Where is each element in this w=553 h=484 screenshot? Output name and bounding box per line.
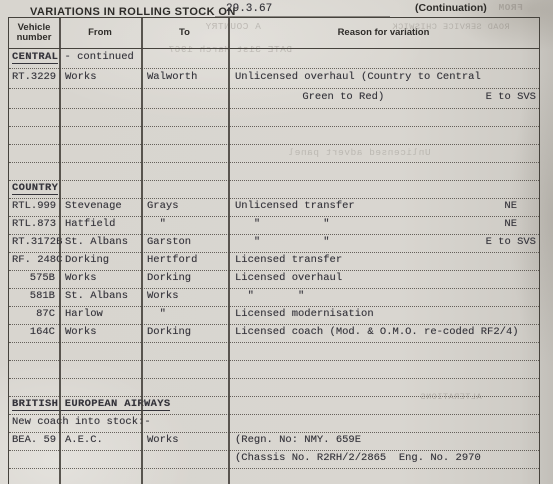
cell-reason: Unlicensed transferNE	[228, 199, 539, 216]
stock-note-text: New coach into stock:-	[9, 415, 539, 432]
header-vehicle-number: Vehicle number	[9, 18, 59, 48]
table-row: 87C Harlow " Licensed modernisation	[9, 307, 539, 325]
table-row-empty	[9, 163, 539, 181]
cell-to	[141, 106, 228, 108]
table-row-empty	[9, 379, 539, 397]
cell-reason: Licensed modernisation	[228, 307, 539, 324]
cell-vehicle: 575B	[9, 271, 59, 288]
table-row-empty	[9, 109, 539, 127]
cell-from: St. Albans	[59, 289, 141, 306]
cell-vehicle: RT.3229	[9, 69, 59, 88]
table-row-empty	[9, 343, 539, 361]
cell-vehicle: RTL.999	[9, 199, 59, 216]
section-heading-text: CENTRAL	[12, 51, 58, 64]
reason-text: Licensed coach (Mod. & O.M.O. re-coded R…	[235, 325, 519, 340]
table-row-continuation: (Chassis No. R2RH/2/2865 Eng. No. 2970	[9, 451, 539, 469]
cell-reason: " "	[228, 289, 539, 306]
reason-text: Unlicensed transfer	[235, 199, 355, 214]
section-heading: CENTRAL - continued	[9, 49, 539, 68]
table-row: BEA. 59 A.E.C. Works (Regn. No: NMY. 659…	[9, 433, 539, 451]
cell-reason: (Chassis No. R2RH/2/2865 Eng. No. 2970	[228, 451, 539, 468]
cell-vehicle	[9, 466, 59, 468]
cell-reason: " "NE	[228, 217, 539, 234]
cell-to	[141, 466, 228, 468]
cell-to: Dorking	[141, 325, 228, 342]
cell-vehicle: RTL.873	[9, 217, 59, 234]
cell-from	[59, 106, 141, 108]
cell-to: Hertford	[141, 253, 228, 270]
cell-reason: Licensed overhaul	[228, 271, 539, 288]
cell-from: St. Albans	[59, 235, 141, 252]
section-heading: COUNTRY	[9, 181, 539, 198]
reason-text: (Regn. No: NMY. 659E	[235, 433, 361, 448]
table-row: 581B St. Albans Works " "	[9, 289, 539, 307]
cell-reason: (Regn. No: NMY. 659E	[228, 433, 539, 450]
column-divider	[228, 18, 230, 484]
reason-note: NE	[504, 217, 539, 232]
cell-to: Works	[141, 433, 228, 450]
cell-from: Works	[59, 271, 141, 288]
section-heading-suffix: - continued	[58, 51, 134, 63]
reason-note: E to SVS	[486, 89, 539, 106]
section-heading: BRITISH EUROPEAN AIRWAYS	[9, 397, 539, 414]
cell-vehicle: 87C	[9, 307, 59, 324]
cell-vehicle: 164C	[9, 325, 59, 342]
table-row-empty	[9, 127, 539, 145]
reason-text: Licensed transfer	[235, 253, 342, 268]
table-row-note-line: New coach into stock:-	[9, 415, 539, 433]
cell-to: Walworth	[141, 69, 228, 88]
table-row-empty	[9, 469, 539, 484]
table-row: RTL.999 Stevenage Grays Unlicensed trans…	[9, 199, 539, 217]
reason-text: Unlicensed overhaul (Country to Central	[235, 69, 481, 86]
reason-text: Green to Red)	[302, 89, 418, 106]
table-row: RT.3229 Works Walworth Unlicensed overha…	[9, 69, 539, 89]
reason-text: Licensed overhaul	[235, 271, 342, 286]
table-row-section: BRITISH EUROPEAN AIRWAYS	[9, 397, 539, 415]
header-from: From	[59, 18, 141, 48]
reason-text: " "	[235, 217, 330, 232]
table-row: 575B Works Dorking Licensed overhaul	[9, 271, 539, 289]
cell-vehicle: RF. 248C	[9, 253, 59, 270]
page-header: VARIATIONS IN ROLLING STOCK ON 29.3.67 (…	[30, 2, 545, 16]
cell-from	[59, 466, 141, 468]
header-reason: Reason for variation	[228, 18, 539, 48]
continuation-label: (Continuation)	[415, 2, 487, 14]
cell-reason: Licensed transfer	[228, 253, 539, 270]
table-row: RTL.873 Hatfield " " "NE	[9, 217, 539, 235]
section-heading-text: COUNTRY	[12, 182, 58, 195]
cell-from: Harlow	[59, 307, 141, 324]
cell-from: Hatfield	[59, 217, 141, 234]
typed-date: 29.3.67	[226, 3, 272, 15]
cell-to: Garston	[141, 235, 228, 252]
table-row-empty	[9, 145, 539, 163]
cell-from: Works	[59, 69, 141, 88]
cell-vehicle	[9, 106, 59, 108]
table-row: RF. 248C Dorking Hertford Licensed trans…	[9, 253, 539, 271]
cell-reason: Green to Red)E to SVS	[228, 89, 539, 108]
header-to: To	[141, 18, 228, 48]
cell-vehicle: 581B	[9, 289, 59, 306]
cell-vehicle: RT.3172B	[9, 235, 59, 252]
cell-from: A.E.C.	[59, 433, 141, 450]
cell-vehicle: BEA. 59	[9, 433, 59, 450]
table-row: 164C Works Dorking Licensed coach (Mod. …	[9, 325, 539, 343]
reason-text: " "	[235, 235, 330, 250]
cell-reason: Licensed coach (Mod. & O.M.O. re-coded R…	[228, 325, 539, 342]
table-row-section: COUNTRY	[9, 181, 539, 199]
table-header-row: Vehicle number From To Reason for variat…	[9, 18, 539, 49]
column-divider	[141, 18, 143, 484]
variations-table: Vehicle number From To Reason for variat…	[8, 17, 540, 484]
cell-to: "	[141, 307, 228, 324]
reason-text: " "	[235, 289, 304, 304]
reason-text: Licensed modernisation	[235, 307, 374, 322]
cell-reason: " "E to SVS	[228, 235, 539, 252]
section-heading-text: BRITISH EUROPEAN AIRWAYS	[12, 398, 170, 411]
cell-from: Works	[59, 325, 141, 342]
table-row-empty	[9, 361, 539, 379]
cell-reason: Unlicensed overhaul (Country to Central	[228, 69, 539, 88]
cell-to: "	[141, 217, 228, 234]
cell-to: Dorking	[141, 271, 228, 288]
table-row-continuation: Green to Red)E to SVS	[9, 89, 539, 109]
column-divider	[59, 18, 61, 484]
reason-text: (Chassis No. R2RH/2/2865 Eng. No. 2970	[235, 451, 481, 466]
reason-note: E to SVS	[486, 235, 539, 250]
cell-from: Dorking	[59, 253, 141, 270]
table-row-section: CENTRAL - continued	[9, 49, 539, 69]
table-row: RT.3172B St. Albans Garston " "E to SVS	[9, 235, 539, 253]
cell-to: Works	[141, 289, 228, 306]
cell-from: Stevenage	[59, 199, 141, 216]
reason-note: NE	[504, 199, 539, 214]
cell-to: Grays	[141, 199, 228, 216]
